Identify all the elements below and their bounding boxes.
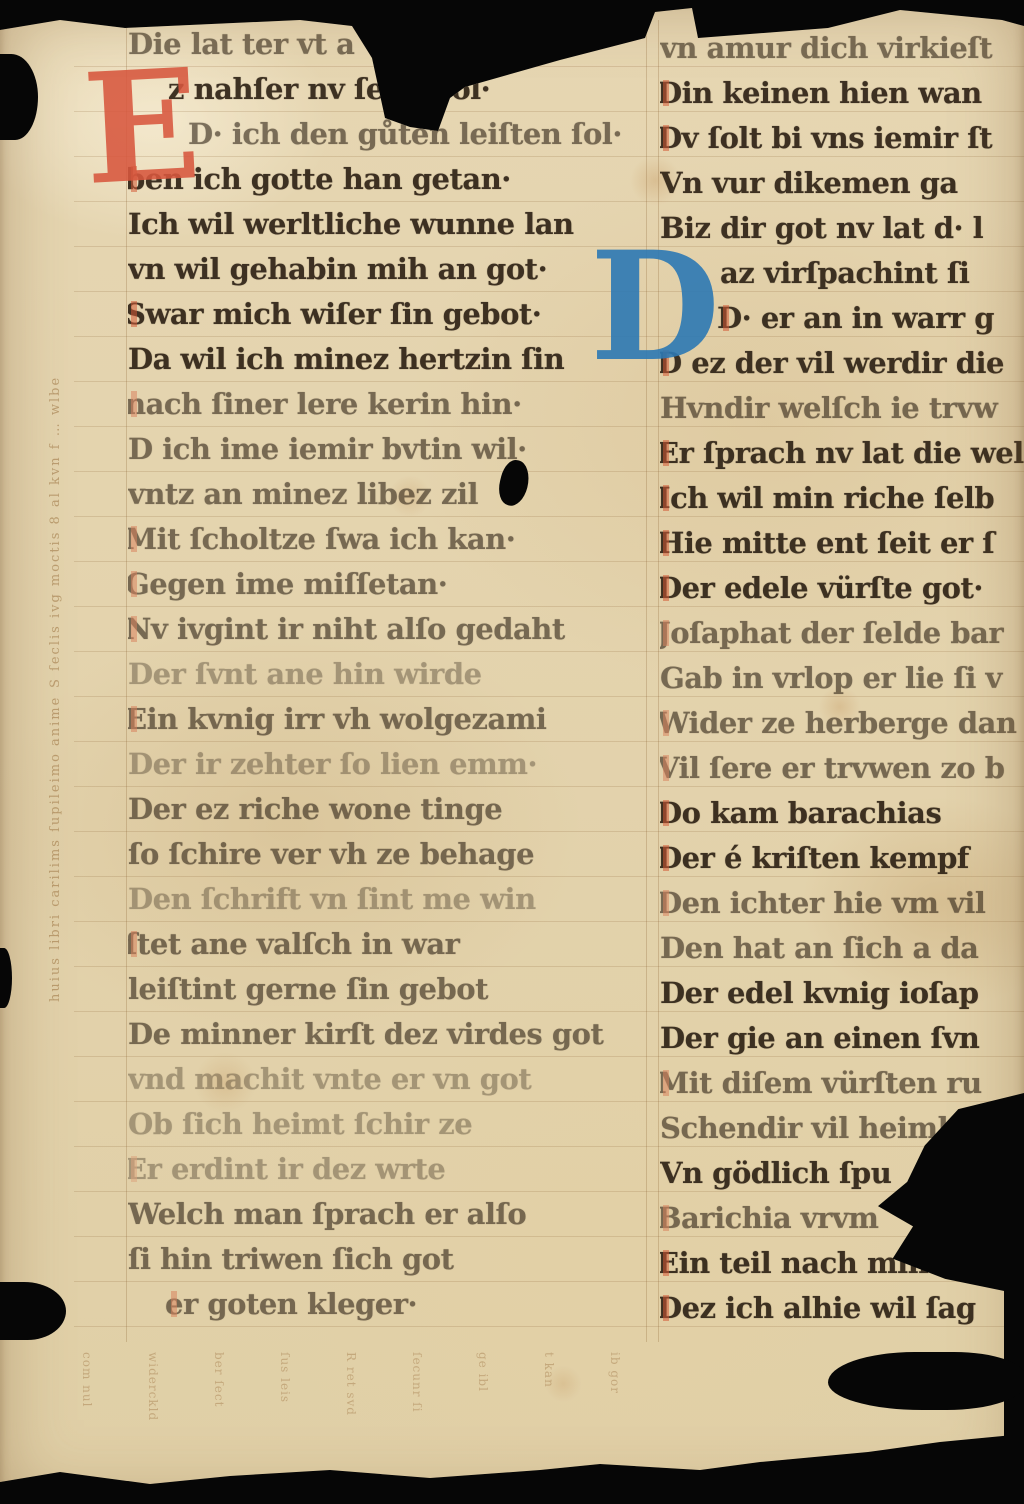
line-text: nach ſiner lere kerin hin· [128,387,522,421]
text-line: Ich wil werltliche wunne lan [128,202,645,247]
line-text: Do kam barachias [660,796,941,830]
line-text: z nahſer nv ſent wol· [168,72,490,106]
line-text: Dez ich alhie wil ſag [660,1291,976,1325]
text-line: Vn vur dikemen ga [660,161,1024,206]
text-line: Dv ſolt bi vns iemir ſt [660,116,1024,161]
tear-bottom-right [828,1352,1024,1410]
rubric-stroke [663,890,669,916]
line-text: Biz dir got nv lat d· l [660,211,983,245]
text-line: Der edele vürſte got· [660,566,1024,611]
vertical-rule-gap-2 [658,20,659,1342]
rubric-stroke [131,706,137,732]
line-text: Gab in vrlop er lie ſi v [660,661,1002,695]
text-line: ſi hin triwen ſich got [128,1237,645,1282]
line-text: Den ſchrift vn ſint me win [128,882,536,916]
text-line: Der gie an einen ſvn [660,1016,1024,1061]
rubric-stroke [663,755,669,781]
rubric-stroke [131,391,137,417]
line-text: De minner kirſt dez virdes got [128,1017,603,1051]
line-text: D· ich den gůten leiſten ſol· [188,117,622,151]
text-line: Ob ſich heimt ſchir ze [128,1102,645,1147]
line-text: Er ſprach nv lat die wel [660,436,1024,470]
line-text: Ein kvnig irr vh wolgezami [128,702,546,736]
line-text: vn wil gehabin mih an got· [128,252,547,286]
text-line: Joſaphat der ſelde bar [660,611,1024,656]
text-column-left: Die lat ter vt az nahſer nv ſent wol·D· … [128,22,645,1334]
text-line: Der é kriſten kempf [660,836,1024,881]
line-text: Ich wil min riche ſelb [660,481,994,515]
text-line: ſo ſchire ver vh ze behage [128,832,645,877]
line-text: Ob ſich heimt ſchir ze [128,1107,472,1141]
text-line: er goten kleger· [128,1282,645,1327]
rubric-stroke [663,80,669,106]
rubric-stroke [663,1205,669,1231]
line-text: D ich ime iemir bvtin wil· [128,432,527,466]
line-text: Der é kriſten kempf [660,841,969,875]
line-text: Hvndir welſch ie trvw [660,391,997,425]
text-line: Wider ze herberge dan [660,701,1024,746]
line-text: er goten kleger· [165,1287,417,1321]
text-line: Dez ich alhie wil ſag [660,1286,1024,1331]
rubric-stroke [663,710,669,736]
text-line: ben ich gotte han getan· [128,157,645,202]
marginalia-text: ber ſect [212,1352,226,1407]
line-text: vnd machit vnte er vn got [128,1062,531,1096]
marginalia-text: ſecunr ſi [410,1352,424,1413]
text-line: Biz dir got nv lat d· l [660,206,1024,251]
text-line: Da wil ich minez hertzin ſin [128,337,645,382]
line-text: ſtet ane valſch in war [128,927,459,961]
line-text: Der edele vürſte got· [660,571,983,605]
line-text: Mit diſem vürſten ru [660,1066,982,1100]
line-text: Der ir zehter ſo lien emm· [128,747,537,781]
vertical-rule-left [126,20,127,1342]
rubric-stroke [663,575,669,601]
marginalia-text: ib gor [608,1352,622,1394]
rubric-stroke [663,530,669,556]
text-line: Do kam barachias [660,791,1024,836]
marginalia-left: huius libri carilims ſupileimo anime pi…… [48,372,63,1002]
line-text: Joſaphat der ſelde bar [660,616,1003,650]
rubric-stroke [131,166,137,192]
marginalia-text: S ſeclis ivg moctis 8 … [48,515,63,688]
line-text: Vn vur dikemen ga [660,166,958,200]
line-text: Vil ſere er trvwen zo b [660,751,1005,785]
text-line: Ich wil min riche ſelb [660,476,1024,521]
line-text: Vn gödlich ſpu [660,1156,891,1190]
line-text: Er erdint ir dez wrte [128,1152,445,1186]
line-text: Den hat an ſich a da [660,931,978,965]
line-text: Ich wil werltliche wunne lan [128,207,574,241]
rubric-stroke [663,1250,669,1276]
text-line: vn wil gehabin mih an got· [128,247,645,292]
rubric-stroke [131,301,137,327]
text-line: Hvndir welſch ie trvw [660,386,1024,431]
rubric-stroke [663,485,669,511]
text-line: Hie mitte ent ſeit er ſ [660,521,1024,566]
text-line: z nahſer nv ſent wol· [128,67,645,112]
line-text: Barichia vrvm [660,1201,878,1235]
text-line: Der ez riche wone tinge [128,787,645,832]
line-text: Hie mitte ent ſeit er ſ [660,526,994,560]
text-line: Den hat an ſich a da [660,926,1024,971]
marginalia-text: al kvn f … wlbe … [48,372,63,507]
text-line: D· er an in warr g [660,296,1024,341]
rubric-stroke [663,440,669,466]
text-line: az virſpachint ſi [660,251,1024,296]
line-text: az virſpachint ſi [720,256,969,290]
line-text: Gegen ime miſſetan· [128,567,447,601]
text-line: Gegen ime miſſetan· [128,562,645,607]
rubric-stroke [663,800,669,826]
text-line: Der ſvnt ane hin wirde [128,652,645,697]
rubric-stroke [723,305,729,331]
line-text: D ez der vil werdir die [660,346,1004,380]
line-text: ben ich gotte han getan· [128,162,511,196]
line-text: ſi hin triwen ſich got [128,1242,454,1276]
text-line: D ez der vil werdir die [660,341,1024,386]
rubric-stroke [171,1291,177,1317]
rubric-stroke [131,571,137,597]
marginalia-text: ſus leis [278,1352,292,1403]
parchment-leaf: Die lat ter vt az nahſer nv ſent wol·D· … [0,0,1024,1504]
text-line: Vil ſere er trvwen zo b [660,746,1024,791]
rubric-stroke [663,350,669,376]
text-line: Welch man ſprach er alſo [128,1192,645,1237]
text-line: Nv ivgint ir niht alſo gedaht [128,607,645,652]
line-text: vn amur dich virkieſt [660,31,992,65]
line-text: Der gie an einen ſvn [660,1021,979,1055]
text-line: Ein kvnig irr vh wolgezami [128,697,645,742]
text-line: D ich ime iemir bvtin wil· [128,427,645,472]
line-text: Swar mich wiſer ſin gebot· [128,297,541,331]
line-text: Dv ſolt bi vns iemir ſt [660,121,992,155]
text-line: Er erdint ir dez wrte [128,1147,645,1192]
text-line: Den ichter hie vm vil [660,881,1024,926]
text-line: nach ſiner lere kerin hin· [128,382,645,427]
text-line: leiſtint gerne ſin gebot [128,967,645,1012]
text-line: vnd machit vnte er vn got [128,1057,645,1102]
text-line: Swar mich wiſer ſin gebot· [128,292,645,337]
rubric-stroke [663,620,669,646]
line-text: Din keinen hien wan [660,76,982,110]
line-text: Die lat ter vt a [128,27,354,61]
rubric-stroke [663,1295,669,1321]
line-text: Wider ze herberge dan [660,706,1017,740]
line-text: Da wil ich minez hertzin ſin [128,342,564,376]
marginalia-text: huius libri carilims ſupileimo anime pi… [48,696,63,1002]
line-text: Der ez riche wone tinge [128,792,502,826]
text-line: Gab in vrlop er lie ſi v [660,656,1024,701]
text-line: D· ich den gůten leiſten ſol· [128,112,645,157]
rubric-stroke [663,845,669,871]
text-line: Din keinen hien wan [660,71,1024,116]
text-line: Er ſprach nv lat die wel [660,431,1024,476]
line-text: leiſtint gerne ſin gebot [128,972,488,1006]
text-line: Der ir zehter ſo lien emm· [128,742,645,787]
marginalia-text: com nul [80,1352,94,1407]
text-line: vn amur dich virkieſt [660,26,1024,71]
text-line: Den ſchrift vn ſint me win [128,877,645,922]
line-text: Nv ivgint ir niht alſo gedaht [128,612,565,646]
line-text: ſo ſchire ver vh ze behage [128,837,534,871]
rubric-stroke [663,125,669,151]
vertical-rule-gap-1 [646,20,647,1342]
line-text: Der ſvnt ane hin wirde [128,657,482,691]
rubric-stroke [663,1070,669,1096]
marginalia-text: widerckld [146,1352,160,1421]
line-text: Der edel kvnig ioſap [660,976,979,1010]
text-line: Die lat ter vt a [128,22,645,67]
line-text: vntz an minez libez zil [128,477,478,511]
marginalia-text: ge ibl [476,1352,490,1392]
rubric-stroke [131,1156,137,1182]
text-line: Der edel kvnig ioſap [660,971,1024,1016]
text-line: Mit ſcholtze ſwa ich kan· [128,517,645,562]
manuscript-photo: Die lat ter vt az nahſer nv ſent wol·D· … [0,0,1024,1504]
line-text: Welch man ſprach er alſo [128,1197,526,1231]
text-line: De minner kirſt dez virdes got [128,1012,645,1057]
line-text: Den ichter hie vm vil [660,886,985,920]
text-line: vntz an minez libez zil [128,472,645,517]
rubric-stroke [131,931,137,957]
line-text: D· er an in warr g [717,301,994,335]
text-line: Mit diſem vürſten ru [660,1061,1024,1106]
marginalia-text: R ret svd [344,1352,358,1416]
rubric-stroke [131,526,137,552]
text-line: ſtet ane valſch in war [128,922,645,967]
line-text: Mit ſcholtze ſwa ich kan· [128,522,515,556]
rubric-stroke [131,616,137,642]
marginalia-text: t kan [542,1352,556,1388]
